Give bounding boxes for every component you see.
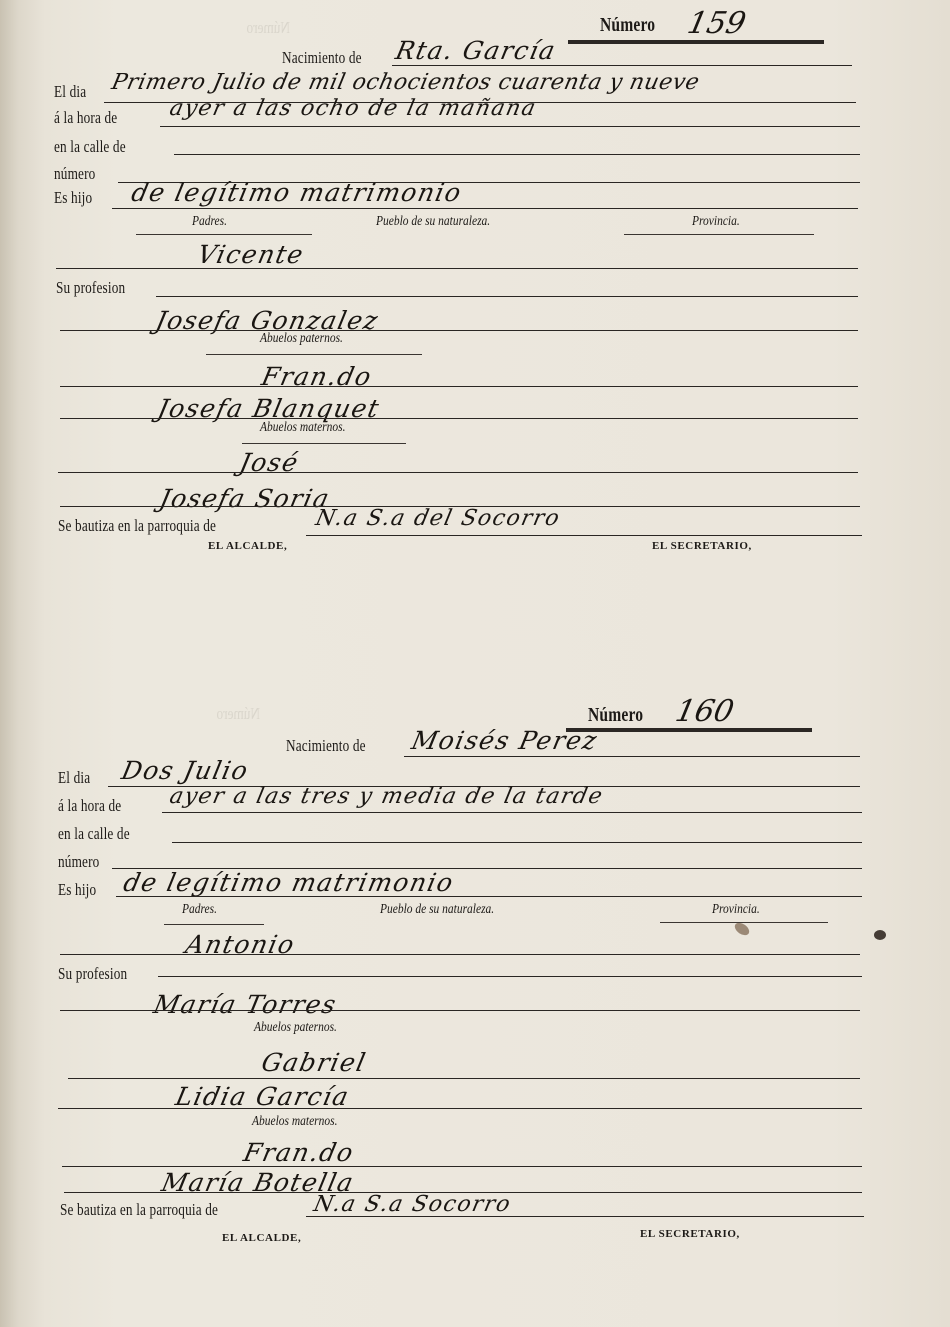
ink-blot [874,930,886,940]
padres-rule [136,234,312,235]
abuelos-maternos-label: Abuelos maternos. [252,1114,337,1130]
parroquia-value: N.a S.a Socorro [311,1192,513,1217]
numero-value: 160 [672,694,737,729]
padres-label: Padres. [182,902,217,918]
madre-value: María Torres [151,990,340,1019]
padres-label: Padres. [192,214,227,230]
calle-label: en la calle de [54,137,126,157]
parroquia-rule [306,535,862,536]
numero-calle-label: número [58,852,99,872]
nacimiento-value: Rta. García [393,36,559,65]
abuelo-materno-rule [58,472,858,473]
parroquia-value: N.a S.a del Socorro [313,506,562,531]
hijo-label: Es hijo [54,188,92,208]
dia-label: El dia [58,768,90,788]
numero-label: Número [588,704,643,727]
registry-page: Número Número 159 Nacimiento de Rta. Gar… [0,0,950,1327]
provincia-rule [660,922,828,923]
calle-label: en la calle de [58,824,130,844]
secretario-label: EL SECRETARIO, [652,540,752,552]
nacimiento-rule [392,65,852,66]
provincia-rule [624,234,814,235]
abuelo-materno-rule [62,1166,862,1167]
profesion-label: Su profesion [58,964,127,984]
bleed-through-text: Número [217,704,260,724]
madre-rule [60,330,858,331]
pueblo-label: Pueblo de su naturaleza. [380,902,494,918]
hora-label: á la hora de [58,796,121,816]
padre-value: Vicente [195,240,307,269]
alcalde-label: EL ALCALDE, [222,1232,301,1244]
abuelos-paternos-label: Abuelos paternos. [254,1020,337,1036]
secretario-label: EL SECRETARIO, [640,1228,740,1240]
numero-label: Número [600,14,655,37]
calle-rule [172,842,862,843]
abuelos-paternos-label: Abuelos paternos. [260,331,343,347]
abuelos-paternos-rule [206,354,422,355]
calle-rule [174,154,860,155]
padre-rule [60,954,860,955]
hijo-label: Es hijo [58,880,96,900]
hijo-value: de legítimo matrimonio [129,178,465,207]
abuelos-maternos-label: Abuelos maternos. [260,420,345,436]
bleed-through-text: Número [247,18,290,38]
numero-calle-label: número [54,164,95,184]
provincia-label: Provincia. [712,902,760,918]
dia-value: Primero Julio de mil ochocientos cuarent… [109,70,702,95]
abuelo-paterno-rule [60,386,858,387]
hijo-value: de legítimo matrimonio [121,868,457,897]
hora-value: ayer a las ocho de la mañana [167,96,539,121]
hora-rule [162,812,862,813]
abuela-materna-value: Josefa Soria [157,484,333,513]
pueblo-label: Pueblo de su naturaleza. [376,214,490,230]
numero-rule [568,40,824,44]
hora-rule [160,126,860,127]
numero-value: 159 [684,6,749,41]
padres-rule [164,924,264,925]
nacimiento-value: Moisés Perez [409,726,601,755]
abuela-paterna-value: Lidia García [173,1082,352,1111]
provincia-label: Provincia. [692,214,740,230]
abuela-paterna-rule [58,1108,862,1109]
dia-label: El dia [54,82,86,102]
numero-rule [566,728,812,732]
abuelo-materno-value: Fran.do [241,1138,357,1167]
hijo-rule [116,896,862,897]
abuelos-maternos-rule [242,443,406,444]
hora-value: ayer a las tres y media de la tarde [167,784,605,809]
profesion-rule [158,976,862,977]
parroquia-label: Se bautiza en la parroquia de [60,1200,218,1220]
madre-rule [60,1010,860,1011]
abuelo-paterno-value: Gabriel [259,1048,369,1077]
nacimiento-label: Nacimiento de [286,736,366,756]
abuela-paterna-rule [60,418,858,419]
dia-value: Dos Julio [119,756,252,785]
nacimiento-label: Nacimiento de [282,48,362,68]
alcalde-label: EL ALCALDE, [208,540,287,552]
parroquia-rule [306,1216,864,1217]
hijo-rule [112,208,858,209]
abuelo-paterno-rule [68,1078,860,1079]
padre-rule [56,268,858,269]
hora-label: á la hora de [54,108,117,128]
nacimiento-rule [404,756,860,757]
profesion-label: Su profesion [56,278,125,298]
profesion-rule [156,296,858,297]
parroquia-label: Se bautiza en la parroquia de [58,516,216,536]
